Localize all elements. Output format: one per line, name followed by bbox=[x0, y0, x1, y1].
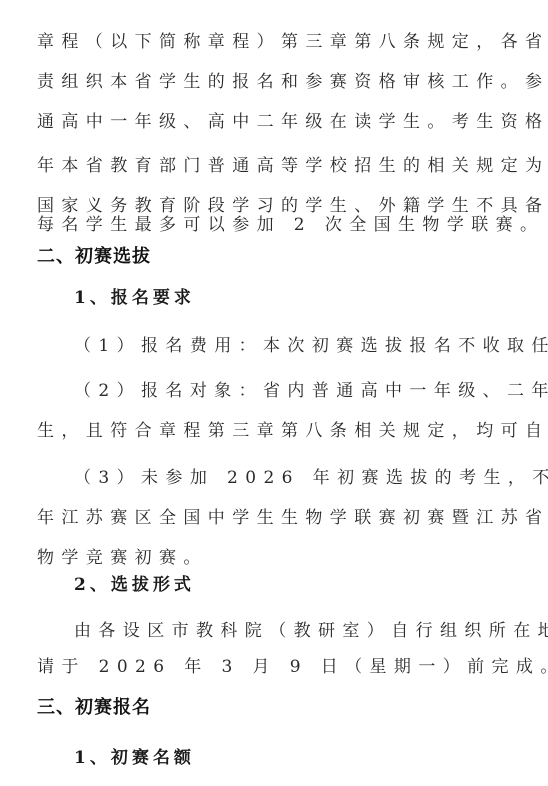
subsection-heading: 2、选拔形式 bbox=[74, 574, 195, 596]
paragraph-line: 由各设区市教科院（教研室）自行组织所在地区进行， bbox=[74, 620, 548, 642]
paragraph-line: 章程（以下简称章程）第三章第八条规定，各省竞赛分会负 bbox=[37, 31, 548, 53]
paragraph-line: 通高中一年级、高中二年级在读学生。考生资格的认定以当 bbox=[37, 111, 548, 133]
list-item-line: 生，且符合章程第三章第八条相关规定，均可自愿报名。 bbox=[37, 420, 548, 442]
paragraph-line: 每名学生最多可以参加 2 次全国生物学联赛。 bbox=[37, 214, 544, 236]
section-heading: 三、初赛报名 bbox=[37, 697, 151, 719]
paragraph-line: 年本省教育部门普通高等学校招生的相关规定为准。未完成 bbox=[37, 155, 548, 177]
list-item-line: 年江苏赛区全国中学生生物学联赛初赛暨江苏省中学生生 bbox=[37, 507, 548, 529]
paragraph-line: 责组织本省学生的报名和参赛资格审核工作。参赛学生为普 bbox=[37, 71, 548, 93]
subsection-heading: 1、初赛名额 bbox=[74, 747, 195, 769]
subsection-heading: 1、报名要求 bbox=[74, 287, 195, 309]
section-heading: 二、初赛选拔 bbox=[37, 246, 151, 268]
list-item-line: （1）报名费用：本次初赛选拔报名不收取任何费用。 bbox=[74, 335, 548, 357]
paragraph-line: 请于 2026 年 3 月 9 日（星期一）前完成。 bbox=[37, 656, 548, 678]
list-item-line: （2）报名对象：省内普通高中一年级、二年级在籍学 bbox=[74, 380, 548, 402]
list-item-line: （3）未参加 2026 年初赛选拔的考生，不得参加 2026 bbox=[74, 467, 548, 489]
list-item-line: 物学竞赛初赛。 bbox=[37, 547, 208, 569]
